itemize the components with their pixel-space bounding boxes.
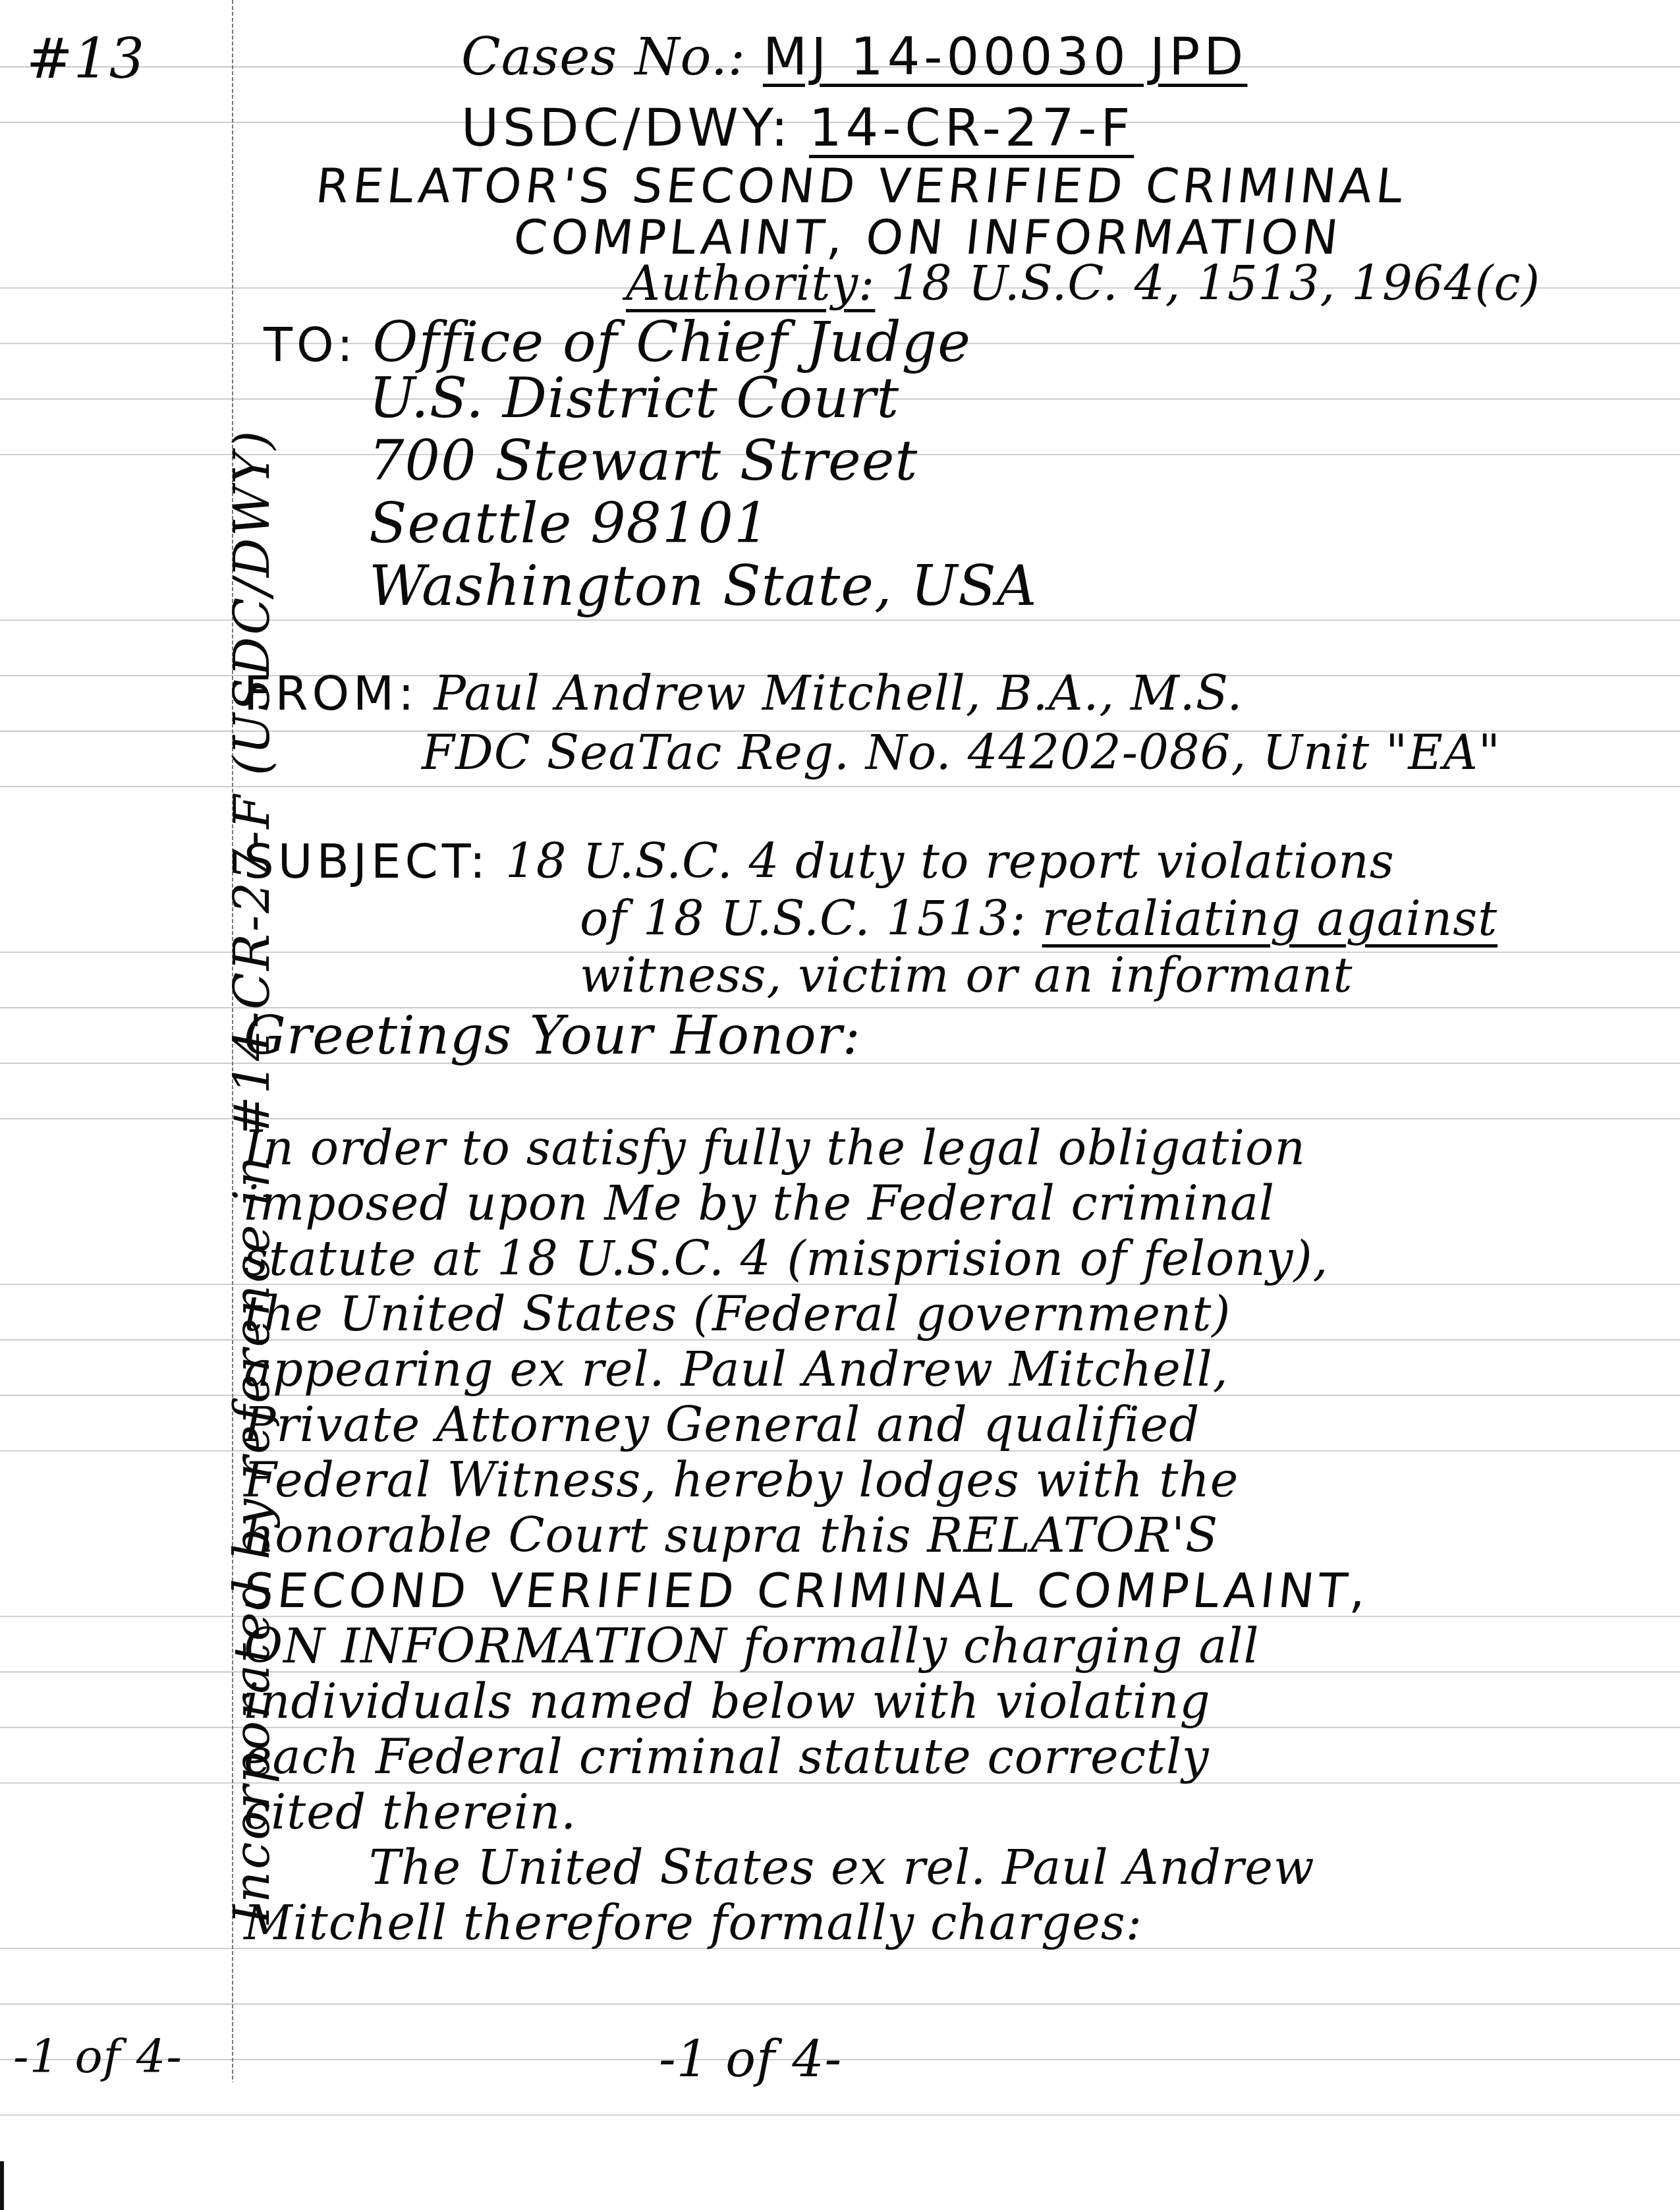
greeting: Greetings Your Honor:: [244, 1005, 861, 1066]
body-line: ON INFORMATION formally charging all: [244, 1618, 1259, 1674]
from-line: FDC SeaTac Reg. No. 44202-086, Unit "EA": [422, 725, 1501, 780]
exhibit-number: #13: [26, 26, 145, 91]
subject-line: witness, victim or an informant: [580, 948, 1353, 1003]
body-line: individuals named below with violating: [244, 1674, 1211, 1729]
body-line: statute at 18 U.S.C. 4 (misprision of fe…: [244, 1231, 1328, 1286]
usdc-label: USDC/DWY:: [461, 99, 792, 158]
body-line: SECOND VERIFIED CRIMINAL COMPLAINT,: [241, 1563, 1373, 1618]
body-line: cited therein.: [244, 1784, 576, 1840]
body-line: imposed upon Me by the Federal criminal: [244, 1176, 1275, 1231]
to-line: 700 Stewart Street: [369, 428, 918, 493]
from-line: Paul Andrew Mitchell, B.A., M.S.: [434, 666, 1243, 721]
authority-value: 18 U.S.C. 4, 1513, 1964(c): [891, 256, 1540, 311]
authority-label: Authority:: [626, 256, 875, 311]
title-line-1: RELATOR'S SECOND VERIFIED CRIMINAL: [314, 158, 1410, 213]
body-line: Federal Witness, hereby lodges with the: [244, 1452, 1239, 1508]
case-number-value: MJ 14-00030 JPD: [763, 28, 1248, 87]
scan-edge-mark: [0, 2161, 4, 2210]
usdc-case: USDC/DWY: 14-CR-27-F: [461, 99, 1134, 158]
case-number: Cases No.: MJ 14-00030 JPD: [461, 28, 1247, 87]
to-line: Office of Chief Judge: [373, 310, 972, 374]
to-line: U.S. District Court: [369, 366, 899, 430]
subject-line-2: of 18 U.S.C. 1513: retaliating against: [580, 891, 1498, 946]
closing-line: Mitchell therefore formally charges:: [244, 1895, 1142, 1950]
closing-line: The United States ex rel. Paul Andrew: [369, 1840, 1315, 1895]
page-marker-left: -1 of 4-: [13, 2029, 182, 2083]
document-page: #13 Cases No.: MJ 14-00030 JPD USDC/DWY:…: [0, 0, 1680, 2210]
to-block: TO: Office of Chief Judge: [264, 310, 971, 374]
usdc-value: 14-CR-27-F: [809, 99, 1134, 158]
subject-underlined: retaliating against: [1042, 891, 1498, 946]
body-line: honorable Court supra this RELATOR'S: [244, 1508, 1218, 1563]
authority: Authority: 18 U.S.C. 4, 1513, 1964(c): [626, 256, 1540, 311]
body-line: In order to satisfy fully the legal obli…: [244, 1120, 1306, 1176]
subject-block: SUBJECT: 18 U.S.C. 4 duty to report viol…: [244, 834, 1395, 889]
subject-line: 18 U.S.C. 4 duty to report violations: [505, 834, 1395, 889]
page-marker-center: -1 of 4-: [659, 2029, 842, 2088]
subject-line: of 18 U.S.C. 1513:: [580, 891, 1026, 946]
body-line: each Federal criminal statute correctly: [244, 1729, 1210, 1784]
body-line: appearing ex rel. Paul Andrew Mitchell,: [244, 1342, 1229, 1397]
body-line: Private Attorney General and qualified: [244, 1397, 1200, 1452]
to-line: Washington State, USA: [369, 553, 1037, 618]
margin-annotation: Incorporated by reference in #14-CR-27-F…: [224, 429, 281, 1924]
to-line: Seattle 98101: [369, 491, 770, 555]
body-line: the United States (Federal government): [244, 1286, 1231, 1342]
to-label: TO:: [264, 317, 357, 372]
from-block: FROM: Paul Andrew Mitchell, B.A., M.S.: [244, 666, 1243, 721]
case-number-label: Cases No.:: [461, 28, 746, 87]
